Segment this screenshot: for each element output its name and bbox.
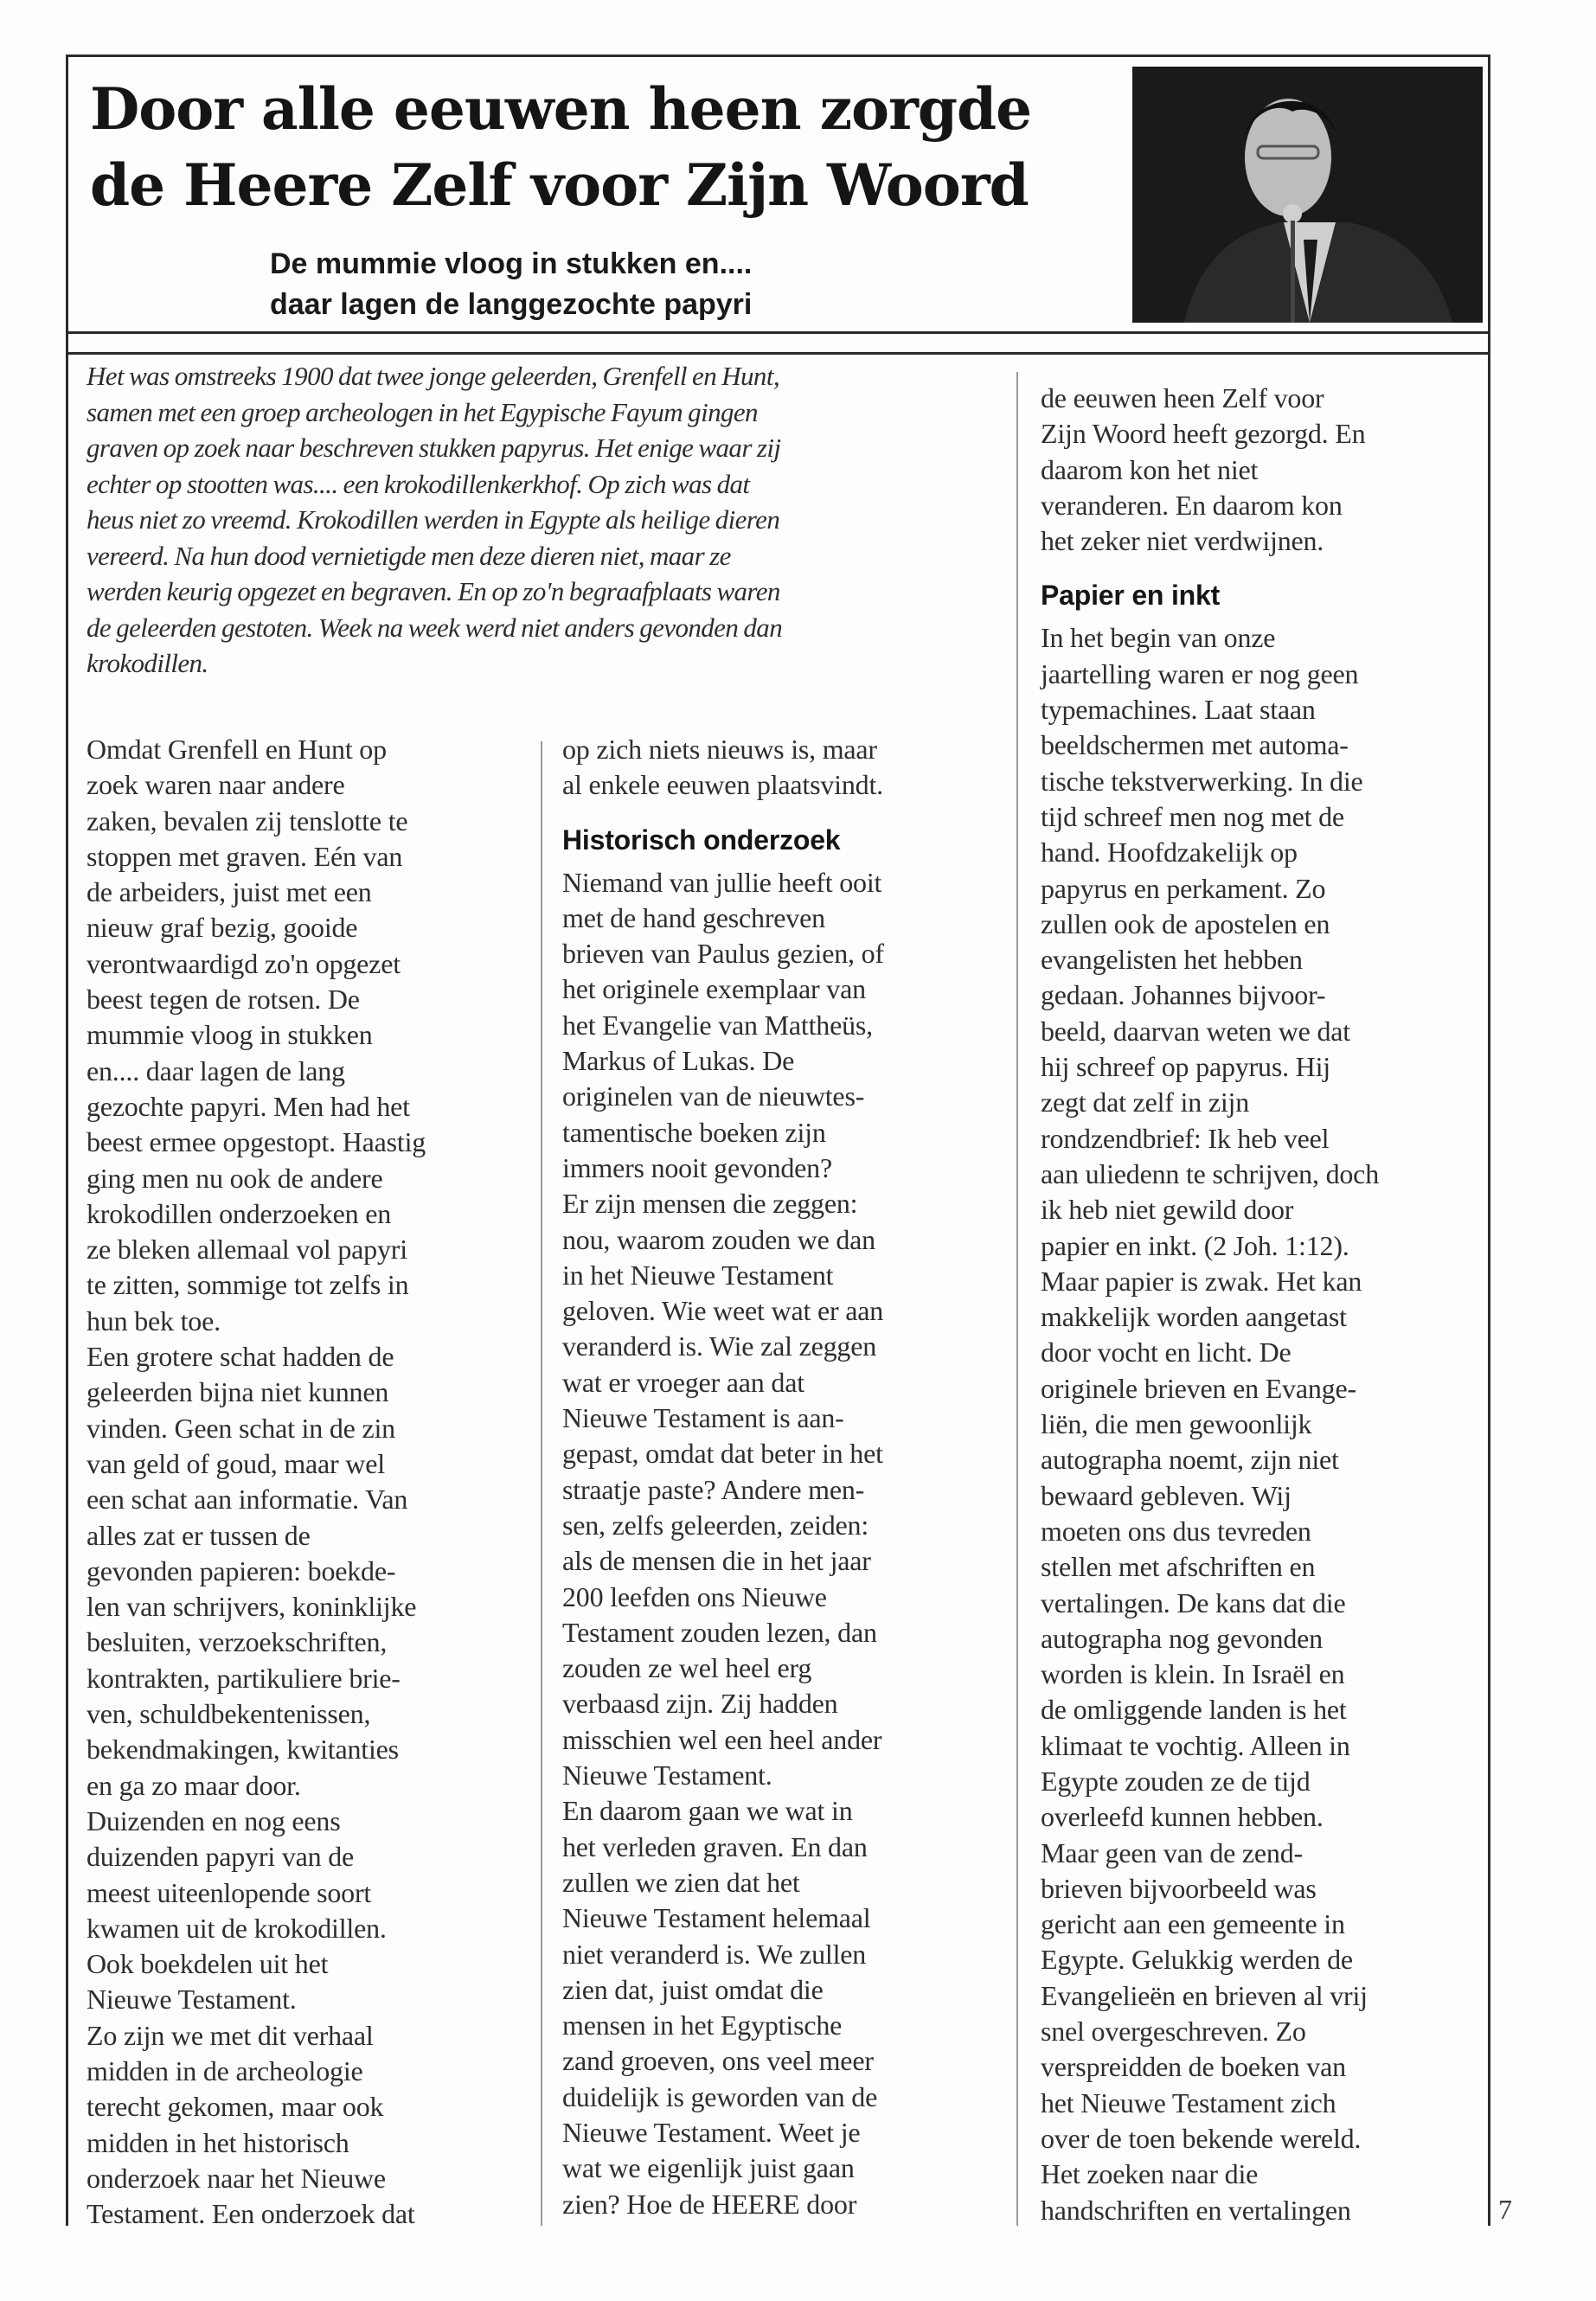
- text-line: Het zoeken naar die: [1041, 2157, 1482, 2192]
- text-line: beeld, daarvan weten we dat: [1041, 1014, 1482, 1049]
- article-title: Door alle eeuwen heen zorgde de Heere Ze…: [90, 71, 1128, 223]
- text-line: handschriften en vertalingen: [1041, 2193, 1482, 2228]
- text-line: klimaat te vochtig. Alleen in: [1041, 1728, 1482, 1764]
- text-line: de arbeiders, juist met een: [87, 875, 528, 910]
- text-line: beest tegen de rotsen. De: [87, 982, 528, 1017]
- text-line: ven, schuldbekentenissen,: [87, 1696, 528, 1732]
- text-line: zoek waren naar andere: [87, 767, 528, 803]
- text-line: tische tekstverwerking. In die: [1041, 764, 1482, 799]
- text-line: onderzoek naar het Nieuwe: [87, 2161, 528, 2196]
- text-line: straatje paste? Andere men-: [562, 1472, 1003, 1508]
- text-line: door vocht en licht. De: [1041, 1335, 1482, 1370]
- text-line: duizenden papyri van de: [87, 1839, 528, 1875]
- text-line: tijd schreef men nog met de: [1041, 799, 1482, 835]
- intro-line: werden keurig opgezet en begraven. En op…: [87, 574, 999, 610]
- text-line: sen, zelfs geleerden, zeiden:: [562, 1508, 1003, 1543]
- text-line: over de toen bekende wereld.: [1041, 2121, 1482, 2157]
- text-line: misschien wel een heel ander: [562, 1722, 1003, 1758]
- text-line: bekendmakingen, kwitanties: [87, 1732, 528, 1767]
- text-line: Zijn Woord heeft gezorgd. En: [1041, 416, 1482, 452]
- text-line: hand. Hoofdzakelijk op: [1041, 835, 1482, 870]
- text-line: het Nieuwe Testament zich: [1041, 2086, 1482, 2121]
- text-line: zegt dat zelf in zijn: [1041, 1085, 1482, 1120]
- text-line: moeten ons dus tevreden: [1041, 1514, 1482, 1549]
- text-line: de eeuwen heen Zelf voor: [1041, 381, 1482, 416]
- speaker-photo: [1132, 67, 1483, 323]
- text-line: zien dat, juist omdat die: [562, 1972, 1003, 2008]
- text-line: Ook boekdelen uit het: [87, 1946, 528, 1982]
- text-line: En daarom gaan we wat in: [562, 1793, 1003, 1829]
- text-line: midden in de archeologie: [87, 2054, 528, 2089]
- text-line: gezochte papyri. Men had het: [87, 1089, 528, 1125]
- text-line: snel overgeschreven. Zo: [1041, 2014, 1482, 2049]
- text-line: zouden ze wel heel erg: [562, 1650, 1003, 1686]
- text-line: originelen van de nieuwtes-: [562, 1079, 1003, 1114]
- text-line: ik heb niet gewild door: [1041, 1192, 1482, 1227]
- text-line: autographa noemt, zijn niet: [1041, 1442, 1482, 1477]
- text-line: Een grotere schat hadden de: [87, 1339, 528, 1375]
- text-line: het verleden graven. En dan: [562, 1830, 1003, 1865]
- text-line: evangelisten het hebben: [1041, 942, 1482, 977]
- intro-line: krokodillen.: [87, 645, 999, 682]
- text-line: zien? Hoe de HEERE door: [562, 2187, 1003, 2222]
- text-line: Testament zouden lezen, dan: [562, 1615, 1003, 1650]
- text-line: makkelijk worden aangetast: [1041, 1299, 1482, 1335]
- subtitle-line-2: daar lagen de langgezochte papyri: [270, 285, 962, 325]
- text-line: van geld of goud, maar wel: [87, 1446, 528, 1482]
- text-line: bewaard gebleven. Wij: [1041, 1478, 1482, 1514]
- text-line: Nieuwe Testament.: [562, 1758, 1003, 1793]
- text-line: Omdat Grenfell en Hunt op: [87, 732, 528, 767]
- text-line: ging men nu ook de andere: [87, 1161, 528, 1196]
- text-line: autographa nog gevonden: [1041, 1621, 1482, 1657]
- text-line: en ga zo maar door.: [87, 1768, 528, 1804]
- text-line: verspreidden de boeken van: [1041, 2049, 1482, 2085]
- text-line: het originele exemplaar van: [562, 971, 1003, 1007]
- text-line: zullen we zien dat het: [562, 1865, 1003, 1900]
- text-line: verontwaardigd zo'n opgezet: [87, 946, 528, 982]
- text-line: Er zijn mensen die zeggen:: [562, 1186, 1003, 1221]
- text-line: aan uliedenn te schrijven, doch: [1041, 1157, 1482, 1192]
- text-line: gevonden papieren: boekde-: [87, 1554, 528, 1589]
- article-subtitle: De mummie vloog in stukken en.... daar l…: [270, 244, 962, 325]
- text-line: op zich niets nieuws is, maar: [562, 732, 1003, 767]
- text-line: veranderd is. Wie zal zeggen: [562, 1329, 1003, 1364]
- man-at-microphone-icon: [1132, 67, 1483, 323]
- frame-left-border: [66, 54, 68, 2226]
- text-line: vinden. Geen schat in de zin: [87, 1411, 528, 1446]
- text-line: nou, waarom zouden we dan: [562, 1222, 1003, 1258]
- text-line: jaartelling waren er nog geen: [1041, 657, 1482, 692]
- frame-top-border: [66, 54, 1490, 57]
- text-line: vertalingen. De kans dat die: [1041, 1586, 1482, 1621]
- text-line: in het Nieuwe Testament: [562, 1258, 1003, 1293]
- text-line: een schat aan informatie. Van: [87, 1482, 528, 1517]
- text-line: gedaan. Johannes bijvoor-: [1041, 977, 1482, 1013]
- text-line: duidelijk is geworden van de: [562, 2080, 1003, 2115]
- text-line: niet veranderd is. We zullen: [562, 1937, 1003, 1972]
- text-line: len van schrijvers, koninklijke: [87, 1589, 528, 1625]
- text-line: Nieuwe Testament is aan-: [562, 1400, 1003, 1436]
- text-line: Maar papier is zwak. Het kan: [1041, 1264, 1482, 1299]
- text-line: besluiten, verzoekschriften,: [87, 1625, 528, 1660]
- text-line: liën, die men gewoonlijk: [1041, 1407, 1482, 1442]
- text-line: rondzendbrief: Ik heb veel: [1041, 1121, 1482, 1157]
- text-line: mensen in het Egyptische: [562, 2008, 1003, 2043]
- text-line: immers nooit gevonden?: [562, 1150, 1003, 1186]
- text-line: met de hand geschreven: [562, 901, 1003, 936]
- intro-line: samen met een groep archeologen in het E…: [87, 394, 999, 431]
- page-number: 7: [1498, 2194, 1512, 2226]
- text-line: tamentische boeken zijn: [562, 1115, 1003, 1150]
- text-line: en.... daar lagen de lang: [87, 1054, 528, 1089]
- text-line: Niemand van jullie heeft ooit: [562, 865, 1003, 901]
- text-line: al enkele eeuwen plaatsvindt.: [562, 767, 1003, 803]
- text-line: beest ermee opgestopt. Haastig: [87, 1125, 528, 1160]
- text-line: Testament. Een onderzoek dat: [87, 2196, 528, 2232]
- section-heading: Papier en inkt: [1041, 578, 1482, 613]
- text-line: worden is klein. In Israël en: [1041, 1657, 1482, 1692]
- text-line: Nieuwe Testament helemaal: [562, 1900, 1003, 1936]
- text-line: stellen met afschriften en: [1041, 1549, 1482, 1585]
- text-line: daarom kon het niet: [1041, 452, 1482, 488]
- text-line: zaken, bevalen zij tenslotte te: [87, 804, 528, 839]
- text-line: In het begin van onze: [1041, 620, 1482, 656]
- text-line: geloven. Wie weet wat er aan: [562, 1293, 1003, 1329]
- text-line: papyrus en perkament. Zo: [1041, 871, 1482, 907]
- text-line: veranderen. En daarom kon: [1041, 488, 1482, 523]
- text-line: Zo zijn we met dit verhaal: [87, 2018, 528, 2054]
- text-line: brieven bijvoorbeeld was: [1041, 1871, 1482, 1907]
- text-line: typemachines. Laat staan: [1041, 692, 1482, 727]
- text-line: brieven van Paulus gezien, of: [562, 936, 1003, 971]
- intro-line: graven op zoek naar beschreven stukken p…: [87, 430, 999, 466]
- body-column-3: de eeuwen heen Zelf voorZijn Woord heeft…: [1041, 381, 1482, 2228]
- text-line: beeldschermen met automa-: [1041, 727, 1482, 763]
- subtitle-line-1: De mummie vloog in stukken en....: [270, 244, 962, 285]
- text-line: verbaasd zijn. Zij hadden: [562, 1686, 1003, 1721]
- section-heading: Historisch onderzoek: [562, 823, 1003, 858]
- intro-line: heus niet zo vreemd. Krokodillen werden …: [87, 502, 999, 538]
- frame-right-border: [1488, 54, 1490, 2226]
- text-line: Egypte zouden ze de tijd: [1041, 1764, 1482, 1799]
- text-line: Nieuwe Testament.: [87, 1982, 528, 2017]
- header-rule-top: [66, 331, 1490, 334]
- body-column-2: op zich niets nieuws is, maaral enkele e…: [562, 732, 1003, 2222]
- text-line: gericht aan een gemeente in: [1041, 1907, 1482, 1942]
- text-line: overleefd kunnen hebben.: [1041, 1799, 1482, 1835]
- text-line: mummie vloog in stukken: [87, 1017, 528, 1053]
- text-line: zullen ook de apostelen en: [1041, 907, 1482, 942]
- text-line: terecht gekomen, maar ook: [87, 2089, 528, 2125]
- column-rule-1: [541, 741, 542, 2226]
- intro-line: de geleerden gestoten. Week na week werd…: [87, 610, 999, 646]
- text-line: hij schreef op papyrus. Hij: [1041, 1049, 1482, 1085]
- text-line: Markus of Lukas. De: [562, 1043, 1003, 1079]
- text-line: meest uiteenlopende soort: [87, 1875, 528, 1911]
- intro-line: Het was omstreeks 1900 dat twee jonge ge…: [87, 358, 999, 394]
- text-line: hun bek toe.: [87, 1304, 528, 1339]
- text-line: alles zat er tussen de: [87, 1518, 528, 1554]
- text-line: wat er vroeger aan dat: [562, 1365, 1003, 1400]
- text-line: te zitten, sommige tot zelfs in: [87, 1267, 528, 1303]
- text-line: originele brieven en Evange-: [1041, 1371, 1482, 1407]
- intro-line: vereerd. Na hun dood vernietigde men dez…: [87, 538, 999, 574]
- text-line: het zeker niet verdwijnen.: [1041, 523, 1482, 559]
- body-column-1: Omdat Grenfell en Hunt opzoek waren naar…: [87, 732, 528, 2232]
- header-rule-bottom: [66, 352, 1490, 355]
- text-line: midden in het historisch: [87, 2125, 528, 2161]
- intro-paragraph: Het was omstreeks 1900 dat twee jonge ge…: [87, 358, 999, 682]
- intro-line: echter op stootten was.... een krokodill…: [87, 466, 999, 503]
- text-line: gepast, omdat dat beter in het: [562, 1436, 1003, 1471]
- text-line: geleerden bijna niet kunnen: [87, 1375, 528, 1410]
- text-line: Maar geen van de zend-: [1041, 1836, 1482, 1871]
- text-line: Duizenden en nog eens: [87, 1804, 528, 1839]
- text-line: nieuw graf bezig, gooide: [87, 910, 528, 945]
- text-line: kwamen uit de krokodillen.: [87, 1911, 528, 1946]
- text-line: ze bleken allemaal vol papyri: [87, 1232, 528, 1267]
- text-line: krokodillen onderzoeken en: [87, 1196, 528, 1232]
- text-line: stoppen met graven. Eén van: [87, 839, 528, 875]
- text-line: papier en inkt. (2 Joh. 1:12).: [1041, 1228, 1482, 1264]
- title-line-2: de Heere Zelf voor Zijn Woord: [90, 147, 1128, 223]
- title-line-1: Door alle eeuwen heen zorgde: [90, 71, 1128, 147]
- text-line: het Evangelie van Mattheüs,: [562, 1008, 1003, 1043]
- text-line: Egypte. Gelukkig werden de: [1041, 1942, 1482, 1977]
- text-line: Evangelieën en brieven al vrij: [1041, 1978, 1482, 2014]
- text-line: wat we eigenlijk juist gaan: [562, 2150, 1003, 2186]
- text-line: de omliggende landen is het: [1041, 1692, 1482, 1727]
- text-line: 200 leefden ons Nieuwe: [562, 1580, 1003, 1615]
- text-line: kontrakten, partikuliere brie-: [87, 1661, 528, 1696]
- text-line: zand groeven, ons veel meer: [562, 2043, 1003, 2079]
- text-line: als de mensen die in het jaar: [562, 1543, 1003, 1579]
- column-rule-2: [1016, 372, 1018, 2226]
- text-line: Nieuwe Testament. Weet je: [562, 2115, 1003, 2150]
